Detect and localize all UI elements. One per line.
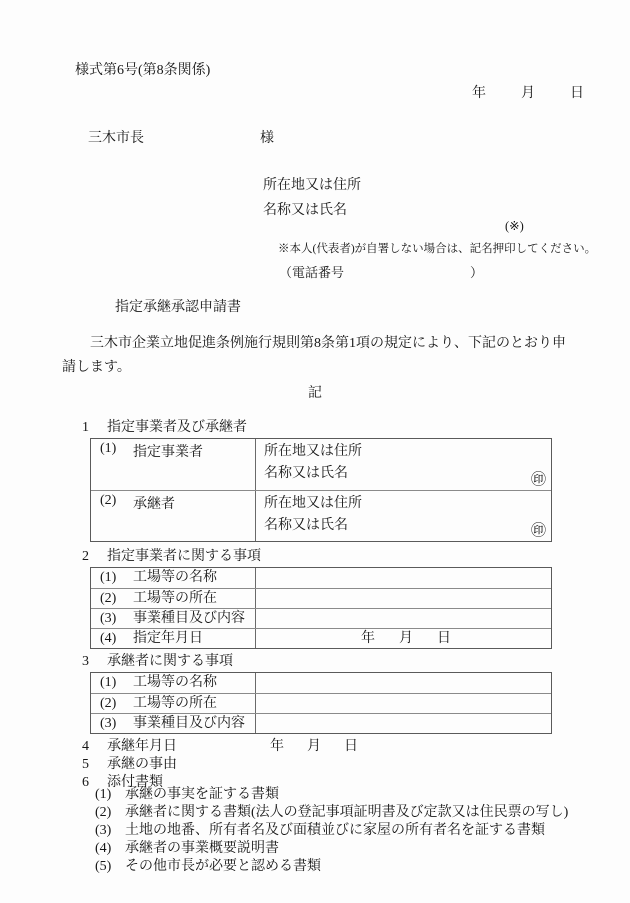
seal-mark-icon: ㊞: [531, 473, 546, 488]
succession-date-line: 年 月 日: [270, 739, 358, 756]
row-value-cell: [256, 694, 551, 713]
row-value-cell: 所在地又は住所 名称又は氏名 ㊞: [256, 491, 551, 541]
attachment-item: (4)承継者の事業概要説明書: [95, 841, 279, 858]
row-label-cell: (1) 指定事業者: [91, 439, 256, 490]
phone-label: （電話番号: [279, 265, 344, 281]
row-label-cell: (3) 事業種目及び内容: [91, 714, 256, 733]
addressee-name: 三木市長: [88, 131, 144, 148]
form-number: 様式第6号(第8条関係): [75, 63, 210, 80]
phone-number-line: （電話番号 ）: [279, 265, 483, 281]
row-label-cell: (3) 事業種目及び内容: [91, 609, 256, 628]
date-year-label: 年: [361, 629, 375, 648]
row-number: (4): [100, 629, 133, 648]
name-label: 名称又は氏名: [264, 515, 551, 537]
attachment-text: 承継者に関する書類(法人の登記事項証明書及び定款又は住民票の写し): [125, 805, 568, 820]
row-label-cell: (4) 指定年月日: [91, 629, 256, 648]
table-row: (1) 工場等の名称: [91, 568, 551, 588]
attachment-text: 承継者の事業概要説明書: [125, 841, 279, 856]
seal-note: ※本人(代表者)が自署しない場合は、記名押印してください。: [278, 243, 596, 257]
attachment-number: (4): [95, 841, 125, 858]
applicant-address-label: 所在地又は住所: [263, 178, 361, 195]
row-label: 指定年月日: [133, 629, 203, 648]
section3-title: 承継者に関する事項: [107, 654, 233, 669]
attachment-number: (3): [95, 823, 125, 840]
section2-heading: 2指定事業者に関する事項: [82, 549, 261, 566]
row-label: 工場等の名称: [133, 568, 217, 588]
item5-number: 5: [82, 757, 107, 774]
seal-reference-mark: (※): [505, 219, 524, 234]
document-title: 指定承継承認申請書: [115, 300, 241, 317]
item5-line: 5承継の事由: [82, 757, 177, 774]
ki-heading: 記: [0, 386, 630, 403]
attachment-text: 承継の事実を証する書類: [125, 787, 279, 802]
row-number: (2): [100, 694, 133, 713]
date-day-label: 日: [344, 739, 358, 756]
row-value-cell: [256, 609, 551, 628]
designation-date-cell: 年 月 日: [256, 629, 551, 648]
row-value-cell: [256, 714, 551, 733]
body-paragraph-line1: 三木市企業立地促進条例施行規則第8条第1項の規定により、下記のとおり申: [90, 336, 566, 353]
row-label-cell: (1) 工場等の名称: [91, 673, 256, 693]
table-row: (2) 工場等の所在: [91, 693, 551, 713]
row-label: 承継者: [133, 493, 175, 541]
document-page: 様式第6号(第8条関係) 年 月 日 三木市長 様 所在地又は住所 名称又は氏名…: [0, 0, 630, 903]
attachment-text: その他市長が必要と認める書類: [125, 859, 321, 874]
date-month-label: 月: [399, 629, 413, 648]
attachment-number: (2): [95, 805, 125, 822]
addressee-honorific: 様: [260, 131, 274, 148]
table-row: (1) 指定事業者 所在地又は住所 名称又は氏名 ㊞: [91, 439, 551, 490]
date-line: 年 月 日: [472, 86, 584, 103]
attachment-item: (3)土地の地番、所有者名及び面積並びに家屋の所有者名を証する書類: [95, 823, 545, 840]
section3-number: 3: [82, 654, 107, 671]
body-paragraph-line2: 請します。: [62, 360, 131, 377]
section2-title: 指定事業者に関する事項: [107, 549, 261, 564]
row-label: 指定事業者: [133, 441, 203, 490]
date-month-label: 月: [521, 86, 535, 103]
row-number: (3): [100, 714, 133, 733]
row-number: (1): [100, 441, 133, 490]
row-label-cell: (2) 工場等の所在: [91, 694, 256, 713]
item4-line: 4承継年月日: [82, 739, 177, 756]
date-year-label: 年: [472, 86, 486, 103]
date-day-label: 日: [437, 629, 451, 648]
item5-label: 承継の事由: [107, 757, 177, 772]
item4-number: 4: [82, 739, 107, 756]
table-row: (3) 事業種目及び内容: [91, 713, 551, 733]
table-row: (2) 承継者 所在地又は住所 名称又は氏名 ㊞: [91, 490, 551, 541]
attachment-item: (5)その他市長が必要と認める書類: [95, 859, 321, 876]
section1-title: 指定事業者及び承継者: [107, 420, 247, 435]
row-label: 工場等の名称: [133, 673, 217, 693]
section2-number: 2: [82, 549, 107, 566]
section2-table: (1) 工場等の名称 (2) 工場等の所在 (3) 事業種目及び内容 (4) 指…: [90, 567, 552, 649]
row-label: 事業種目及び内容: [133, 609, 245, 628]
row-value-cell: [256, 589, 551, 608]
table-row: (4) 指定年月日 年 月 日: [91, 628, 551, 648]
phone-close-paren: ）: [470, 265, 483, 281]
attachment-item: (2)承継者に関する書類(法人の登記事項証明書及び定款又は住民票の写し): [95, 805, 568, 822]
date-month-label: 月: [307, 739, 321, 756]
attachment-text: 土地の地番、所有者名及び面積並びに家屋の所有者名を証する書類: [125, 823, 545, 838]
section1-heading: 1指定事業者及び承継者: [82, 420, 247, 437]
section1-number: 1: [82, 420, 107, 437]
item4-label: 承継年月日: [107, 739, 177, 754]
row-value-cell: [256, 673, 551, 693]
row-label: 事業種目及び内容: [133, 714, 245, 733]
section3-heading: 3承継者に関する事項: [82, 654, 233, 671]
row-number: (1): [100, 568, 133, 588]
table-row: (3) 事業種目及び内容: [91, 608, 551, 628]
date-year-label: 年: [270, 739, 284, 756]
row-number: (2): [100, 493, 133, 541]
row-label-cell: (2) 承継者: [91, 491, 256, 541]
row-label: 工場等の所在: [133, 589, 217, 608]
row-value-cell: 所在地又は住所 名称又は氏名 ㊞: [256, 439, 551, 490]
applicant-name-label: 名称又は氏名: [263, 203, 347, 220]
row-label: 工場等の所在: [133, 694, 217, 713]
row-value-cell: [256, 568, 551, 588]
attachment-number: (5): [95, 859, 125, 876]
address-label: 所在地又は住所: [264, 441, 551, 463]
seal-mark-icon: ㊞: [531, 524, 546, 539]
row-number: (1): [100, 673, 133, 693]
row-number: (2): [100, 589, 133, 608]
row-label-cell: (2) 工場等の所在: [91, 589, 256, 608]
address-label: 所在地又は住所: [264, 493, 551, 515]
row-label-cell: (1) 工場等の名称: [91, 568, 256, 588]
attachment-item: (1)承継の事実を証する書類: [95, 787, 279, 804]
date-day-label: 日: [570, 86, 584, 103]
section3-table: (1) 工場等の名称 (2) 工場等の所在 (3) 事業種目及び内容: [90, 672, 552, 734]
attachment-number: (1): [95, 787, 125, 804]
table-row: (2) 工場等の所在: [91, 588, 551, 608]
row-number: (3): [100, 609, 133, 628]
table-row: (1) 工場等の名称: [91, 673, 551, 693]
section1-table: (1) 指定事業者 所在地又は住所 名称又は氏名 ㊞ (2) 承継者 所在地又は…: [90, 438, 552, 542]
name-label: 名称又は氏名: [264, 463, 551, 485]
